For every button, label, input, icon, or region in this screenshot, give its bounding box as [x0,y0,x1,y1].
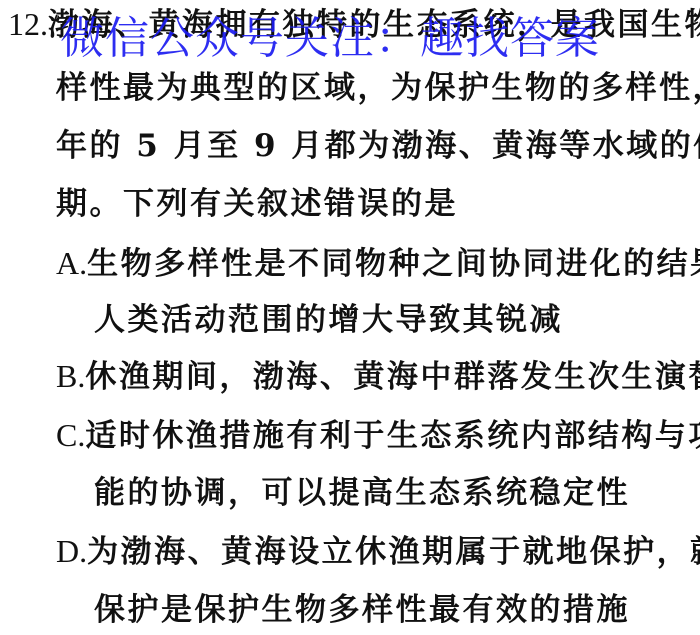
option-c: C.适时休渔措施有利于生态系统内部结构与功 [56,417,700,454]
stem-line-3: 年的 5 月至 9 月都为渤海、黄海等水域的休渔 [56,128,700,164]
option-d-line-2: 保护是保护生物多样性最有效的措施 [94,592,630,628]
watermark-overlay: 微信公众号关注：趣找答案 [60,14,600,64]
option-label: A. [56,245,87,281]
option-d: D.为渤海、黄海设立休渔期属于就地保护，就地 [56,533,700,570]
option-b: B.休渔期间，渤海、黄海中群落发生次生演替 [56,358,700,395]
option-label: D. [56,533,87,569]
option-c-line-2: 能的协调，可以提高生态系统稳定性 [94,475,630,511]
option-label: C. [56,417,85,453]
option-a-line-2: 人类活动范围的增大导致其锐减 [94,302,563,338]
stem-line-2: 样性最为典型的区域，为保护生物的多样性，每 [56,70,700,106]
stem-line-4: 期。下列有关叙述错误的是 [56,186,458,222]
option-a: A.生物多样性是不同物种之间协同进化的结果， [56,245,700,282]
option-label: B. [56,358,85,394]
question-number: 12. [8,6,48,42]
